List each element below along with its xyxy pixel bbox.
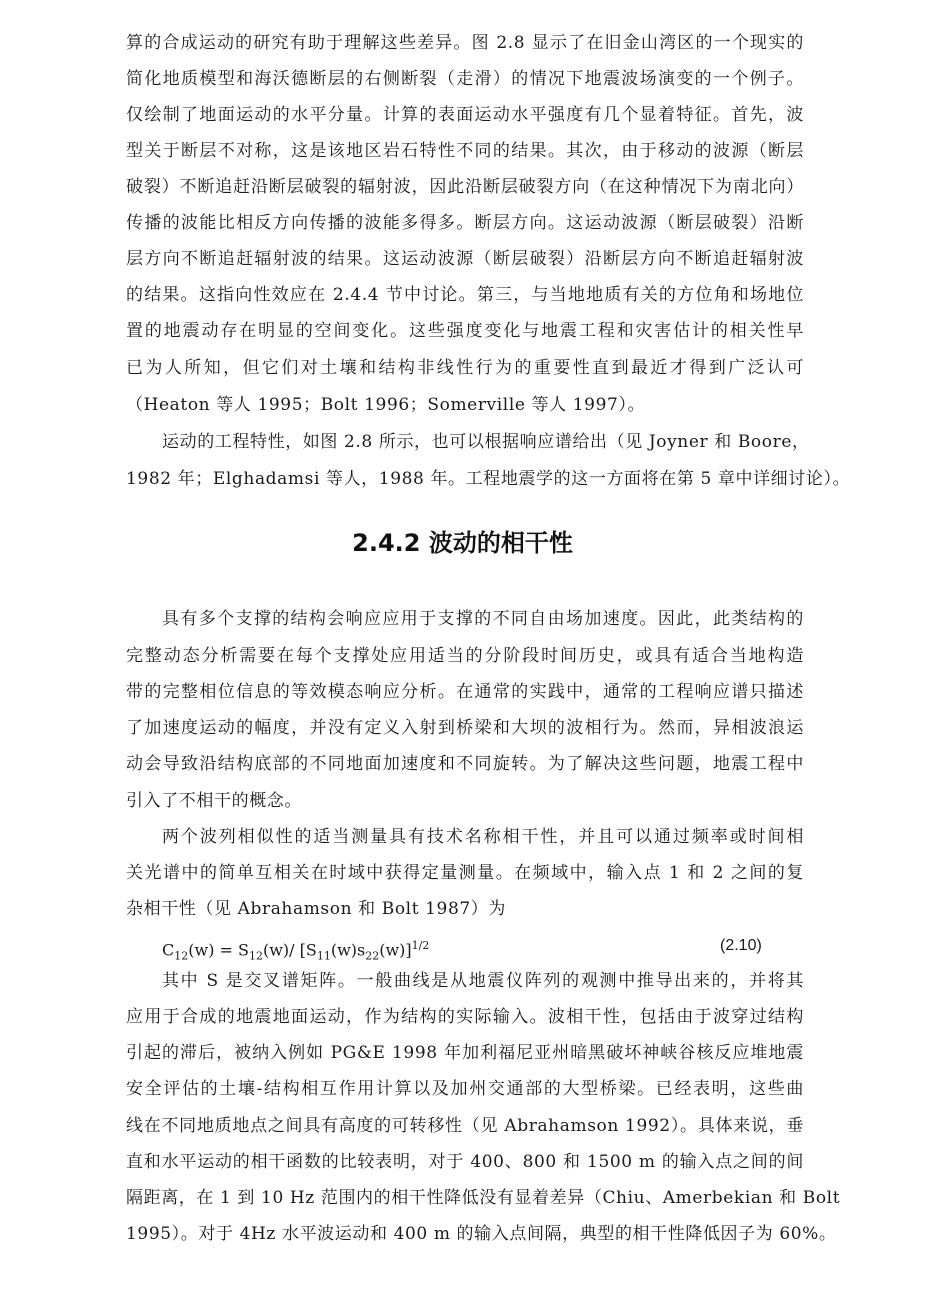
text-line: 运动的工程特性，如图 2.8 所示，也可以根据响应谱给出（见 Joyner 和 … [162,424,804,460]
equation-text: (w)s [331,940,365,959]
text-line: 型关于断层不对称，这是该地区岩石特性不同的结果。其次，由于移动的波源（断层 [126,133,804,169]
equation-subscript: 22 [365,950,379,963]
text-line: 两个波列相似性的适当测量具有技术名称相干性，并且可以通过频率或时间相 [162,819,804,855]
text-line: 简化地质模型和海沃德断层的右侧断裂（走滑）的情况下地震波场演变的一个例子。 [126,61,804,97]
text-line: 直和水平运动的相干函数的比较表明，对于 400、800 和 1500 m 的输入… [126,1144,804,1180]
equation-number: (2.10) [720,928,762,964]
text-line: 关光谱中的简单互相关在时域中获得定量测量。在频域中，输入点 1 和 2 之间的复 [126,855,804,891]
text-line: （Heaton 等人 1995；Bolt 1996；Somerville 等人 … [126,387,804,423]
text-line: 带的完整相位信息的等效模态响应分析。在通常的实践中，通常的工程响应谱只描述 [126,674,804,710]
text-line: 算的合成运动的研究有助于理解这些差异。图 2.8 显示了在旧金山湾区的一个现实的 [126,25,804,61]
text-line: 完整动态分析需要在每个支撑处应用适当的分阶段时间历史，或具有适合当地构造 [126,638,804,674]
equation-text: (w) = S [188,940,249,959]
text-line: 引入了不相干的概念。 [126,783,804,819]
text-line: 了加速度运动的幅度，并没有定义入射到桥梁和大坝的波相行为。然而，异相波浪运 [126,710,804,746]
text-line: 置的地震动存在明显的空间变化。这些强度变化与地震工程和灾害估计的相关性早 [126,313,804,349]
text-line: 应用于合成的地震地面运动，作为结构的实际输入。波相干性，包括由于波穿过结构 [126,999,804,1035]
equation-subscript: 12 [249,950,263,963]
equation-2-10: C12(w) = S12(w)/ [S11(w)s22(w)]1/2 [162,928,429,964]
text-line: 其中 S 是交叉谱矩阵。一般曲线是从地震仪阵列的观测中推导出来的，并将其 [162,963,804,999]
text-line: 1982 年；Elghadamsi 等人，1988 年。工程地震学的这一方面将在… [126,461,804,497]
text-line: 安全评估的土壤-结构相互作用计算以及加州交通部的大型桥梁。已经表明，这些曲 [126,1071,804,1107]
section-heading: 2.4.2 波动的相干性 [0,523,925,563]
text-line: 层方向不断追赶辐射波的结果。这运动波源（断层破裂）沿断层方向不断追赶辐射波 [126,241,804,277]
equation-text: (w)] [379,940,411,959]
text-line: 动会导致沿结构底部的不同地面加速度和不同旋转。为了解决这些问题，地震工程中 [126,746,804,782]
text-line: 杂相干性（见 Abrahamson 和 Bolt 1987）为 [126,891,804,927]
equation-text: (w)/ [S [263,940,317,959]
text-line: 破裂）不断追赶沿断层破裂的辐射波，因此沿断层破裂方向（在这种情况下为南北向） [126,169,804,205]
equation-subscript: 11 [317,950,331,963]
text-line: 线在不同地质地点之间具有高度的可转移性（见 Abrahamson 1992）。具… [126,1108,804,1144]
text-line: 具有多个支撑的结构会响应应用于支撑的不同自由场加速度。因此，此类结构的 [162,601,804,637]
text-line: 的结果。这指向性效应在 2.4.4 节中讨论。第三，与当地地质有关的方位角和场地… [126,277,804,313]
text-line: 1995）。对于 4Hz 水平波运动和 400 m 的输入点间隔，典型的相干性降… [126,1216,804,1252]
text-line: 传播的波能比相反方向传播的波能多得多。断层方向。这运动波源（断层破裂）沿断 [126,205,804,241]
equation-lhs: C [162,940,174,959]
text-line: 仅绘制了地面运动的水平分量。计算的表面运动水平强度有几个显着特征。首先，波 [126,97,804,133]
text-line: 隔距离，在 1 到 10 Hz 范围内的相干性降低没有显着差异（Chiu、Ame… [126,1180,804,1216]
equation-subscript: 12 [174,950,188,963]
document-page: 算的合成运动的研究有助于理解这些差异。图 2.8 显示了在旧金山湾区的一个现实的… [0,0,925,1309]
text-line: 已为人所知，但它们对土壤和结构非线性行为的重要性直到最近才得到广泛认可 [126,350,804,386]
text-line: 引起的滞后，被纳入例如 PG&E 1998 年加利福尼亚州暗黑破坏神峡谷核反应堆… [126,1035,804,1071]
equation-exponent: 1/2 [412,939,430,952]
